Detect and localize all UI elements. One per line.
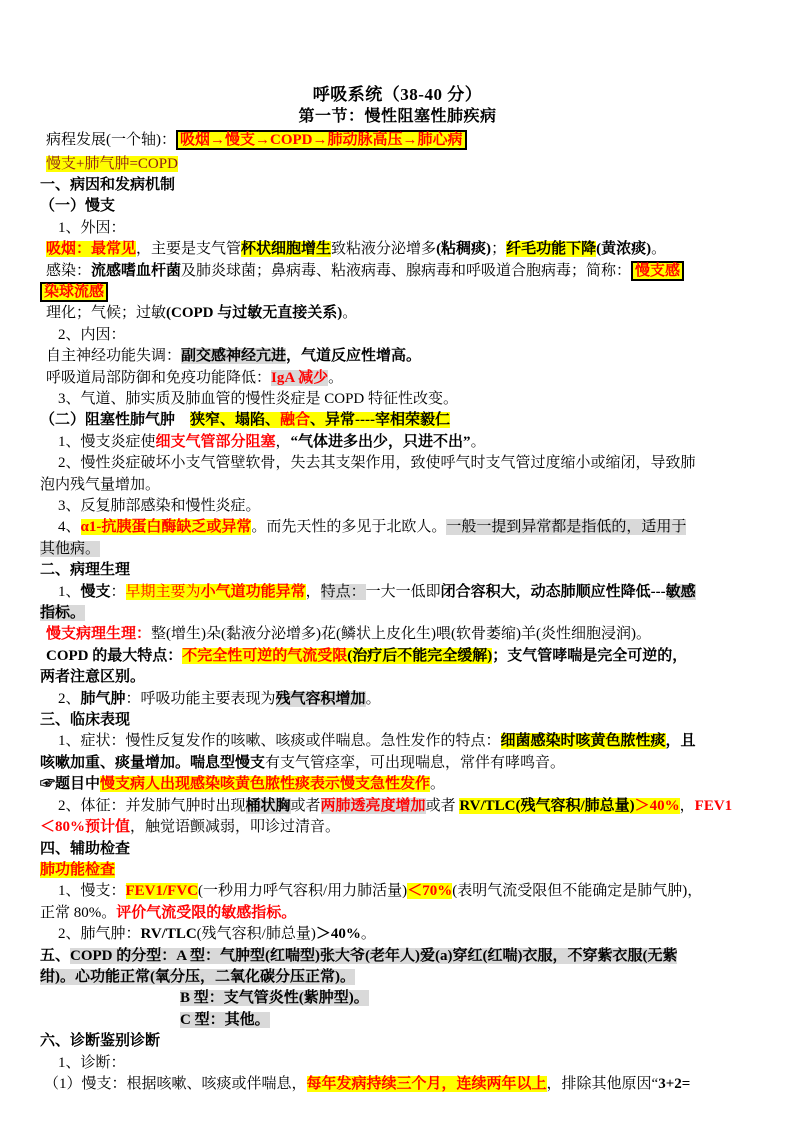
text-run: 细支气管部分阻塞 <box>156 434 276 450</box>
doc-line: 慢支+肺气肿=COPD <box>40 154 755 175</box>
text-run: 两者注意区别。 <box>40 669 145 685</box>
text-run: 一大一低即 <box>366 584 441 600</box>
doc-line: 1、外因： <box>40 218 755 239</box>
text-run: 杯状细胞增生 <box>241 241 331 257</box>
doc-line: 肺功能检查 <box>40 860 755 881</box>
text-run: 评价气流受限的敏感指标。 <box>116 905 296 921</box>
text-run: 一般一提到异常都是指低的，适用于 <box>446 519 686 535</box>
doc-line: ＜80%预计值，触觉语颤减弱，叩诊过清音。 <box>40 817 755 838</box>
text-run: 、异常----宰相荣毅仁 <box>310 412 450 428</box>
text-run: 1、 <box>58 584 81 600</box>
text-run: 闭合容积大，动态肺顺应性降低--- <box>441 584 666 600</box>
doc-line: 病程发展(一个轴)：吸烟→慢支→COPD→肺动脉高压→肺心病 <box>40 128 755 154</box>
doc-line: 第一节：慢性阻塞性肺疾病 <box>40 106 755 128</box>
document-page: 呼吸系统（38-40 分）第一节：慢性阻塞性肺疾病病程发展(一个轴)：吸烟→慢支… <box>0 0 793 1095</box>
text-run: ＜70% <box>407 883 452 899</box>
doc-line: 呼吸系统（38-40 分） <box>40 84 755 106</box>
text-run: 慢支+肺气肿=COPD <box>46 156 178 172</box>
text-run: 桶状胸 <box>246 798 291 814</box>
doc-line: 绀)。心功能正常(氧分压，二氧化碳分压正常)。 <box>40 967 755 988</box>
text-run: (粘稠痰) <box>436 241 491 257</box>
text-run: (一秒用力呼气容积/用力肺活量) <box>198 883 407 899</box>
text-run: “气体进多出少，只进不出” <box>291 434 471 450</box>
text-run: 肺功能检查 <box>40 862 115 878</box>
text-run: ，且 <box>666 733 696 749</box>
text-run: ；支气管哮喘是完全可逆的， <box>492 648 687 664</box>
text-run: 特点： <box>321 584 366 600</box>
doc-line: 六、诊断鉴别诊断 <box>40 1031 755 1052</box>
text-run: 一、病因和发病机制 <box>40 177 175 193</box>
text-run: 3、反复肺部感染和慢性炎症。 <box>58 498 261 514</box>
text-run: 慢支 <box>81 584 111 600</box>
text-run: 指标。 <box>40 605 85 621</box>
text-run: 小气道功能异常 <box>201 584 306 600</box>
doc-line: 2、肺气肿：呼吸功能主要表现为残气容积增加。 <box>40 689 755 710</box>
doc-line: 2、体征：并发肺气肿时出现桶状胸或者两肺透亮度增加或者 RV/TLC(残气容积/… <box>40 796 755 817</box>
text-run: 病程发展(一个轴)： <box>46 132 176 148</box>
doc-line: 1、诊断： <box>40 1053 755 1074</box>
text-run: 正常 80%。 <box>40 905 116 921</box>
doc-line: 3、反复肺部感染和慢性炎症。 <box>40 496 755 517</box>
text-run: （1）慢支：根据咳嗽、咳痰或伴喘息， <box>44 1076 307 1092</box>
doc-line: （一）慢支 <box>40 196 755 217</box>
doc-line: 一、病因和发病机制 <box>40 175 755 196</box>
text-run: ，气道反应性增高。 <box>286 348 421 364</box>
text-run: 咳嗽加重、痰量增加。喘息型慢支 <box>40 755 265 771</box>
text-run: 感染： <box>46 263 91 279</box>
text-run: 理化；气候；过敏 <box>46 305 166 321</box>
text-run: 纤毛功能下降 <box>506 241 596 257</box>
text-run: 。 <box>430 776 445 792</box>
text-run: 2、慢性炎症破坏小支气管壁软骨，失去其支架作用，致使呼气时支气管过度缩小或缩闭，… <box>58 455 696 471</box>
text-run: 2、肺气肿： <box>58 926 141 942</box>
doc-line: 五、COPD 的分型：A 型：气肿型(红喘型)张大爷(老年人)爱(a)穿红(红喘… <box>40 946 755 967</box>
text-run: 1、慢支： <box>58 883 126 899</box>
text-run: COPD 的最大特点： <box>46 648 182 664</box>
text-run: COPD 的分型：A 型：气肿型(红喘型)张大爷(老年人)爱(a)穿红(红喘)衣… <box>70 948 677 964</box>
text-run: 狭窄、塌陷、 <box>190 412 280 428</box>
doc-line: 指标。 <box>40 603 755 624</box>
text-run: B 型：支气管炎性(紫肿型)。 <box>180 990 369 1006</box>
text-run: (COPD 与过敏无直接关系) <box>166 305 342 321</box>
text-run: 泡内残气量增加。 <box>40 477 160 493</box>
text-run: 4、 <box>58 519 81 535</box>
text-run: 流感嗜血杆菌 <box>91 263 181 279</box>
text-run: 呼吸道局部防御和免疫功能降低： <box>46 370 271 386</box>
text-run: 。 <box>651 241 666 257</box>
text-run: FEV1/FVC <box>126 883 199 899</box>
text-run: ： <box>111 584 126 600</box>
text-run: C 型：其他。 <box>180 1012 270 1028</box>
text-run: 有支气管痉挛，可出现喘息，常伴有哮鸣音。 <box>265 755 565 771</box>
text-run: 副交感神经亢进 <box>181 348 286 364</box>
text-run: 2、内因： <box>58 327 126 343</box>
doc-line: 1、慢支：FEV1/FVC(一秒用力呼气容积/用力肺活量)＜70%(表明气流受限… <box>40 881 755 902</box>
text-run: 染球流感 <box>40 282 108 302</box>
text-run: 3、气道、肺实质及肺血管的慢性炎症是 COPD 特征性改变。 <box>58 391 458 407</box>
doc-line: （二）阻塞性肺气肿 狭窄、塌陷、融合、异常----宰相荣毅仁 <box>40 410 755 431</box>
doc-line: 呼吸道局部防御和免疫功能降低：IgA 减少。 <box>40 368 755 389</box>
text-run: 。 <box>328 370 343 386</box>
text-run: 二、病理生理 <box>40 562 130 578</box>
text-run: 细菌感染时咳黄色脓性痰 <box>501 733 666 749</box>
text-run: 不完全性可逆的气流受限 <box>182 648 347 664</box>
doc-line: 泡内残气量增加。 <box>40 475 755 496</box>
doc-line: 1、症状：慢性反复发作的咳嗽、咳痰或伴喘息。急性发作的特点：细菌感染时咳黄色脓性… <box>40 731 755 752</box>
text-run: (表明气流受限但不能确定是肺气肿)， <box>452 883 702 899</box>
text-run: 残气容积增加 <box>276 691 366 707</box>
text-run: 。 <box>366 691 381 707</box>
doc-line: 2、慢性炎症破坏小支气管壁软骨，失去其支架作用，致使呼气时支气管过度缩小或缩闭，… <box>40 453 755 474</box>
text-run: 2、 <box>58 691 81 707</box>
text-run: (治疗后不能完全缓解) <box>347 648 492 664</box>
doc-line: 慢支病理生理：整(增生)朵(黏液分泌增多)花(鳞状上皮化生)喂(软骨萎缩)羊(炎… <box>40 624 755 645</box>
text-run: 绀)。心功能正常(氧分压，二氧化碳分压正常)。 <box>40 969 355 985</box>
text-run: 四、辅助检查 <box>40 841 130 857</box>
doc-line: ☞题目中慢支病人出现感染咳黄色脓性痰表示慢支急性发作。 <box>40 774 755 795</box>
doc-line: 三、临床表现 <box>40 710 755 731</box>
text-run: ：呼吸功能主要表现为 <box>126 691 276 707</box>
text-run: 3+2= <box>658 1076 690 1092</box>
doc-line: 其他病。 <box>40 539 755 560</box>
text-run: 融合 <box>280 412 310 428</box>
doc-line: 理化；气候；过敏(COPD 与过敏无直接关系)。 <box>40 303 755 324</box>
text-run: 其他病。 <box>40 541 100 557</box>
text-run: 吸烟→慢支→COPD→肺动脉高压→肺心病 <box>176 130 467 150</box>
text-run: （二）阻塞性肺气肿 <box>40 412 190 428</box>
text-run: 早期主要为 <box>126 584 201 600</box>
text-run: 每年发病持续三个月，连续两年以上 <box>307 1076 547 1092</box>
doc-line: COPD 的最大特点：不完全性可逆的气流受限(治疗后不能完全缓解)；支气管哮喘是… <box>40 646 755 667</box>
text-run: 2、体征：并发肺气肿时出现 <box>58 798 246 814</box>
doc-line: 自主神经功能失调：副交感神经亢进，气道反应性增高。 <box>40 346 755 367</box>
text-run: 自主神经功能失调： <box>46 348 181 364</box>
text-run: ＜80%预计值 <box>40 819 130 835</box>
text-run: ＞40% <box>635 798 680 814</box>
doc-line: 1、慢支炎症使细支气管部分阻塞，“气体进多出少，只进不出”。 <box>40 432 755 453</box>
text-run: 致粘液分泌增多 <box>331 241 436 257</box>
text-run: α1-抗胰蛋白酶缺乏或异常 <box>81 519 252 535</box>
text-run: 慢支病理生理： <box>46 626 151 642</box>
doc-line: 两者注意区别。 <box>40 667 755 688</box>
doc-line: 四、辅助检查 <box>40 839 755 860</box>
doc-line: 咳嗽加重、痰量增加。喘息型慢支有支气管痉挛，可出现喘息，常伴有哮鸣音。 <box>40 753 755 774</box>
text-run: 及肺炎球菌；鼻病毒、粘液病毒、腺病毒和呼吸道合胞病毒；简称： <box>181 263 631 279</box>
text-run: RV/TLC <box>141 926 197 942</box>
text-run: 第一节：慢性阻塞性肺疾病 <box>298 108 496 125</box>
text-run: 六、诊断鉴别诊断 <box>40 1033 160 1049</box>
doc-line: 4、α1-抗胰蛋白酶缺乏或异常。而先天性的多见于北欧人。一般一提到异常都是指低的… <box>40 517 755 538</box>
text-run: 呼吸系统（38-40 分） <box>313 85 482 104</box>
doc-line: 3、气道、肺实质及肺血管的慢性炎症是 COPD 特征性改变。 <box>40 389 755 410</box>
text-run: IgA 减少 <box>271 370 328 386</box>
text-run: ，排除其他原因“ <box>547 1076 659 1092</box>
doc-line: 1、慢支：早期主要为小气道功能异常，特点：一大一低即闭合容积大，动态肺顺应性降低… <box>40 582 755 603</box>
text-run: ，主要是支气管 <box>136 241 241 257</box>
text-run: ， <box>680 798 695 814</box>
doc-line: 感染：流感嗜血杆菌及肺炎球菌；鼻病毒、粘液病毒、腺病毒和呼吸道合胞病毒；简称：慢… <box>40 261 755 282</box>
text-run: (残气容积/肺总量) <box>197 926 316 942</box>
doc-line: C 型：其他。 <box>40 1010 755 1031</box>
text-run: ， <box>306 584 321 600</box>
text-run: 肺气肿 <box>81 691 126 707</box>
text-run: RV/TLC(残气容积/肺总量) <box>459 798 634 814</box>
text-run: 1、症状：慢性反复发作的咳嗽、咳痰或伴喘息。急性发作的特点： <box>58 733 501 749</box>
doc-line: （1）慢支：根据咳嗽、咳痰或伴喘息，每年发病持续三个月，连续两年以上，排除其他原… <box>40 1074 755 1095</box>
doc-line: 吸烟：最常见，主要是支气管杯状细胞增生致粘液分泌增多(粘稠痰)；纤毛功能下降(黄… <box>40 239 755 260</box>
text-run: 两肺透亮度增加 <box>321 798 426 814</box>
text-run: 慢支病人出现感染咳黄色脓性痰表示慢支急性发作 <box>100 776 430 792</box>
text-run: 或者 <box>426 798 460 814</box>
doc-line: 2、内因： <box>40 325 755 346</box>
text-run: 吸烟：最常见 <box>46 241 136 257</box>
text-run: 1、慢支炎症使 <box>58 434 156 450</box>
doc-line: 染球流感 <box>40 282 755 303</box>
text-run: 1、诊断： <box>58 1055 126 1071</box>
text-run: 。而先天性的多见于北欧人。 <box>251 519 446 535</box>
text-run: ＞40% <box>316 926 361 942</box>
text-run: 五、 <box>40 948 70 964</box>
text-run: ，触觉语颤减弱，叩诊过清音。 <box>130 819 340 835</box>
text-run: 整(增生)朵(黏液分泌增多)花(鳞状上皮化生)喂(软骨萎缩)羊(炎性细胞浸润)。 <box>151 626 651 642</box>
text-run: ☞题目中 <box>40 776 100 792</box>
text-run: 。 <box>471 434 486 450</box>
doc-line: 2、肺气肿：RV/TLC(残气容积/肺总量)＞40%。 <box>40 924 755 945</box>
text-run: FEV1 <box>695 798 733 814</box>
doc-line: 正常 80%。评价气流受限的敏感指标。 <box>40 903 755 924</box>
text-run: 。 <box>361 926 376 942</box>
text-run: 。 <box>342 305 357 321</box>
text-run: ， <box>276 434 291 450</box>
text-run: 1、外因： <box>58 220 126 236</box>
doc-line: B 型：支气管炎性(紫肿型)。 <box>40 988 755 1009</box>
doc-line: 二、病理生理 <box>40 560 755 581</box>
text-run: 慢支感 <box>631 261 684 281</box>
text-run: (黄浓痰) <box>596 241 651 257</box>
text-run: ； <box>491 241 506 257</box>
text-run: 或者 <box>291 798 321 814</box>
text-run: 敏感 <box>666 584 696 600</box>
text-run: （一）慢支 <box>40 198 115 214</box>
text-run: 三、临床表现 <box>40 712 130 728</box>
